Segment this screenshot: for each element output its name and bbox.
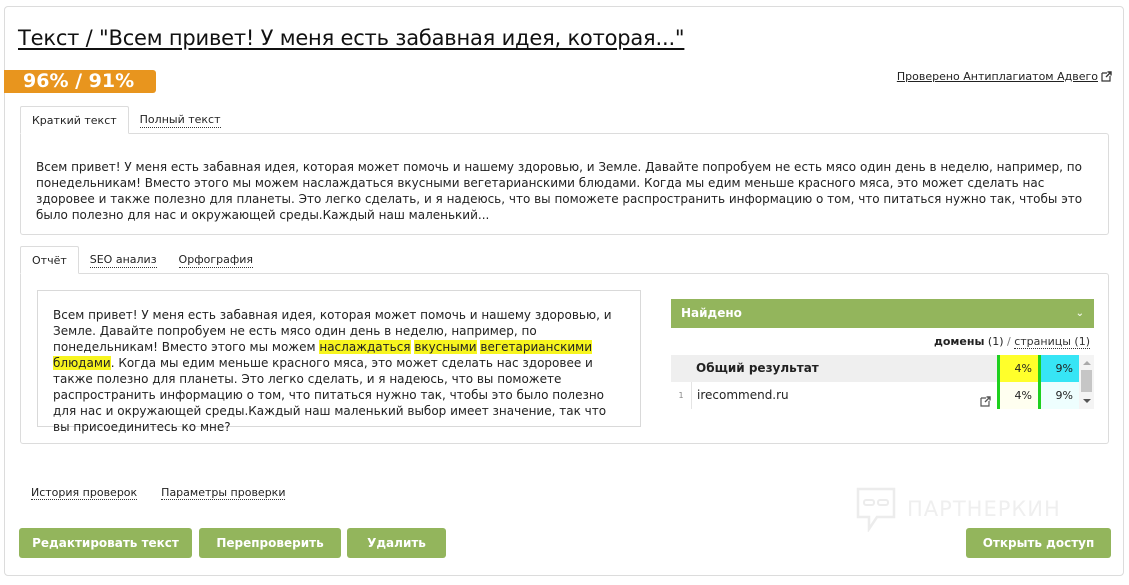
report-text: Всем привет! У меня есть забавная идея, … [53,307,626,435]
total-result-row: Общий результат 4% 9% [671,355,1079,382]
found-title: Найдено [681,306,742,320]
short-text: Всем привет! У меня есть забавная идея, … [36,159,1096,223]
partnerkin-logo-icon [855,486,897,532]
page-title[interactable]: Текст / "Всем привет! У меня есть забавн… [18,26,684,50]
tab-seo-analysis[interactable]: SEO анализ [79,246,168,274]
report-panel: Всем привет! У меня есть забавная идея, … [20,273,1109,444]
results-scrollbar[interactable] [1079,355,1094,409]
report-tabs: Отчёт SEO анализ Орфография [20,246,264,274]
short-text-panel: Всем привет! У меня есть забавная идея, … [20,133,1109,235]
checked-link-label: Проверено Антиплагиатом Адвего [897,70,1098,83]
external-link-icon[interactable] [980,390,991,417]
chevron-down-icon[interactable]: ⌄ [1076,299,1084,328]
highlighted-word: блюдами [53,356,111,370]
found-section: Найдено ⌄ домены (1) / страницы (1) Общи… [671,299,1094,409]
total-result-label: Общий результат [691,355,997,382]
domains-count: (1) [988,335,1004,348]
tab-short-text[interactable]: Краткий текст [20,106,129,134]
scroll-up-icon[interactable] [1083,361,1091,365]
checked-by-advego-link[interactable]: Проверено Антиплагиатом Адвего [897,70,1112,83]
found-header[interactable]: Найдено ⌄ [671,299,1094,328]
uniqueness-score-badge: 96% / 91% [4,70,156,93]
external-link-icon [1101,71,1112,82]
watermark: ПАРТНЕРКИН [855,486,1061,532]
highlighted-word: вегетарианскими [480,340,592,354]
row-domain[interactable]: irecommend.ru [697,388,789,402]
pages-link[interactable]: страницы (1) [1014,335,1090,349]
check-params-link[interactable]: Параметры проверки [161,486,285,500]
highlighted-word: вкусными [414,340,476,354]
tab-full-text[interactable]: Полный текст [129,106,232,134]
tab-label: Отчёт [32,254,67,267]
bottom-links: История проверок Параметры проверки [31,486,285,500]
tab-spelling[interactable]: Орфография [168,246,264,274]
delete-button[interactable]: Удалить [347,528,446,558]
report-text-after: . Когда мы едим меньше красного мяса, эт… [53,356,606,434]
scroll-thumb[interactable] [1081,370,1092,392]
check-history-link[interactable]: История проверок [31,486,137,500]
tab-label: Орфография [179,253,253,268]
recheck-button[interactable]: Перепроверить [199,528,341,558]
open-access-button[interactable]: Открыть доступ [966,528,1111,558]
text-tabs: Краткий текст Полный текст [20,106,232,134]
total-pct-b: 9% [1038,355,1079,382]
counts-separator: / [1007,335,1011,348]
tab-report[interactable]: Отчёт [20,246,79,274]
table-row[interactable]: 1 irecommend.ru 4% 9% [671,382,1079,409]
watermark-text: ПАРТНЕРКИН [907,497,1061,521]
domains-label: домены [934,335,984,348]
found-counts: домены (1) / страницы (1) [671,328,1094,355]
highlighted-word: наслаждаться [319,340,410,354]
edit-text-button[interactable]: Редактировать текст [19,528,192,558]
total-pct-a: 4% [997,355,1038,382]
found-results-table: Общий результат 4% 9% 1 irecommend.ru 4% [671,355,1094,409]
tab-label: SEO анализ [90,253,157,268]
tab-label: Полный текст [140,113,221,128]
row-pct-b: 9% [1038,382,1079,409]
row-number: 1 [671,382,691,409]
row-pct-a: 4% [997,382,1038,409]
report-text-box: Всем привет! У меня есть забавная идея, … [37,290,641,427]
scroll-down-icon[interactable] [1083,399,1091,403]
tab-label: Краткий текст [32,114,117,127]
